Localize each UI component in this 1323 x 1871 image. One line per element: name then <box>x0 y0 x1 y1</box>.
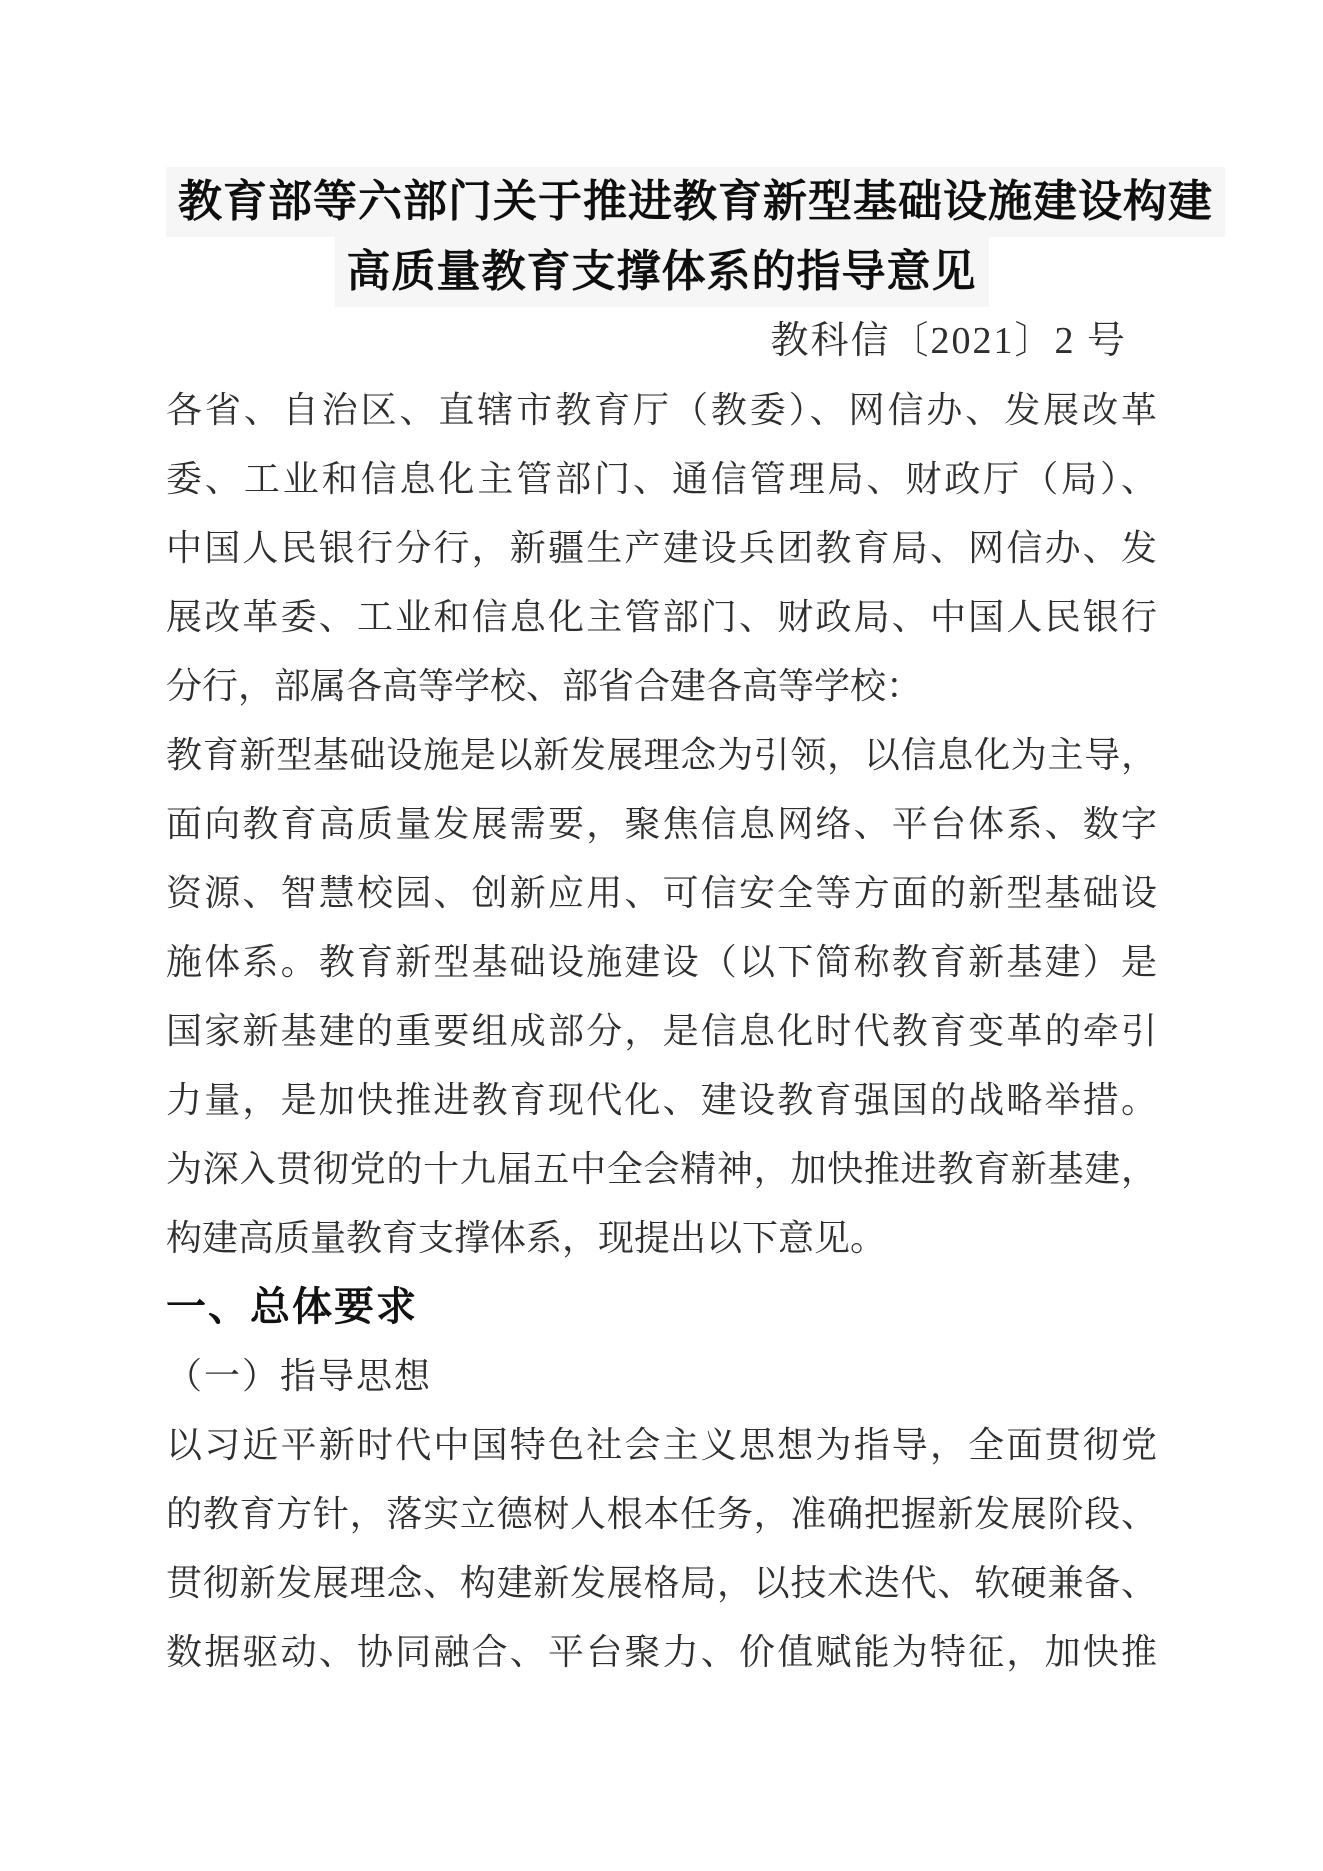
section-heading: 一、总体要求 <box>166 1273 1157 1342</box>
guiding-thought-paragraph: 以习近平新时代中国特色社会主义思想为指导，全面贯彻党 的教育方针，落实立德树人根… <box>166 1411 1157 1687</box>
document-number: 教科信〔2021〕2 号 <box>166 307 1157 376</box>
document-title-text-2: 高质量教育支撑体系的指导意见 <box>335 237 989 307</box>
text-line: 以习近平新时代中国特色社会主义思想为指导，全面贯彻党 <box>166 1411 1157 1480</box>
text-line: 委、工业和信息化主管部门、通信管理局、财政厅（局）、 <box>166 445 1157 514</box>
subsection-heading: （一）指导思想 <box>166 1342 1157 1411</box>
document-title-line-2: 高质量教育支撑体系的指导意见 <box>166 237 1157 307</box>
text-line: 教育新型基础设施是以新发展理念为引领，以信息化为主导， <box>166 721 1157 790</box>
text-line: 展改革委、工业和信息化主管部门、财政局、中国人民银行 <box>166 583 1157 652</box>
text-line: 国家新基建的重要组成部分，是信息化时代教育变革的牵引 <box>166 997 1157 1066</box>
text-line: 力量，是加快推进教育现代化、建设教育强国的战略举措。 <box>166 1066 1157 1135</box>
text-line: 分行，部属各高等学校、部省合建各高等学校： <box>166 652 1157 721</box>
text-line: 各省、自治区、直辖市教育厅（教委）、网信办、发展改革 <box>166 376 1157 445</box>
intro-paragraph: 教育新型基础设施是以新发展理念为引领，以信息化为主导， 面向教育高质量发展需要，… <box>166 721 1157 1273</box>
document-body: 各省、自治区、直辖市教育厅（教委）、网信办、发展改革 委、工业和信息化主管部门、… <box>166 376 1157 1687</box>
text-line: 构建高质量教育支撑体系，现提出以下意见。 <box>166 1204 1157 1273</box>
document-header: 教育部等六部门关于推进教育新型基础设施建设构建 高质量教育支撑体系的指导意见 教… <box>166 167 1157 376</box>
salutation-paragraph: 各省、自治区、直辖市教育厅（教委）、网信办、发展改革 委、工业和信息化主管部门、… <box>166 376 1157 721</box>
text-line: 贯彻新发展理念、构建新发展格局，以技术迭代、软硬兼备、 <box>166 1549 1157 1618</box>
document-page: 教育部等六部门关于推进教育新型基础设施建设构建 高质量教育支撑体系的指导意见 教… <box>0 0 1323 1871</box>
text-line: 施体系。教育新型基础设施建设（以下简称教育新基建）是 <box>166 928 1157 997</box>
text-line: 资源、智慧校园、创新应用、可信安全等方面的新型基础设 <box>166 859 1157 928</box>
text-line: 为深入贯彻党的十九届五中全会精神，加快推进教育新基建， <box>166 1135 1157 1204</box>
text-line: 中国人民银行分行，新疆生产建设兵团教育局、网信办、发 <box>166 514 1157 583</box>
document-title-line-1: 教育部等六部门关于推进教育新型基础设施建设构建 <box>166 167 1157 237</box>
document-title: 教育部等六部门关于推进教育新型基础设施建设构建 高质量教育支撑体系的指导意见 <box>166 167 1157 307</box>
text-line: 面向教育高质量发展需要，聚焦信息网络、平台体系、数字 <box>166 790 1157 859</box>
text-line: 的教育方针，落实立德树人根本任务，准确把握新发展阶段、 <box>166 1480 1157 1549</box>
text-line: 数据驱动、协同融合、平台聚力、价值赋能为特征，加快推 <box>166 1618 1157 1687</box>
document-title-text-1: 教育部等六部门关于推进教育新型基础设施建设构建 <box>166 167 1225 237</box>
